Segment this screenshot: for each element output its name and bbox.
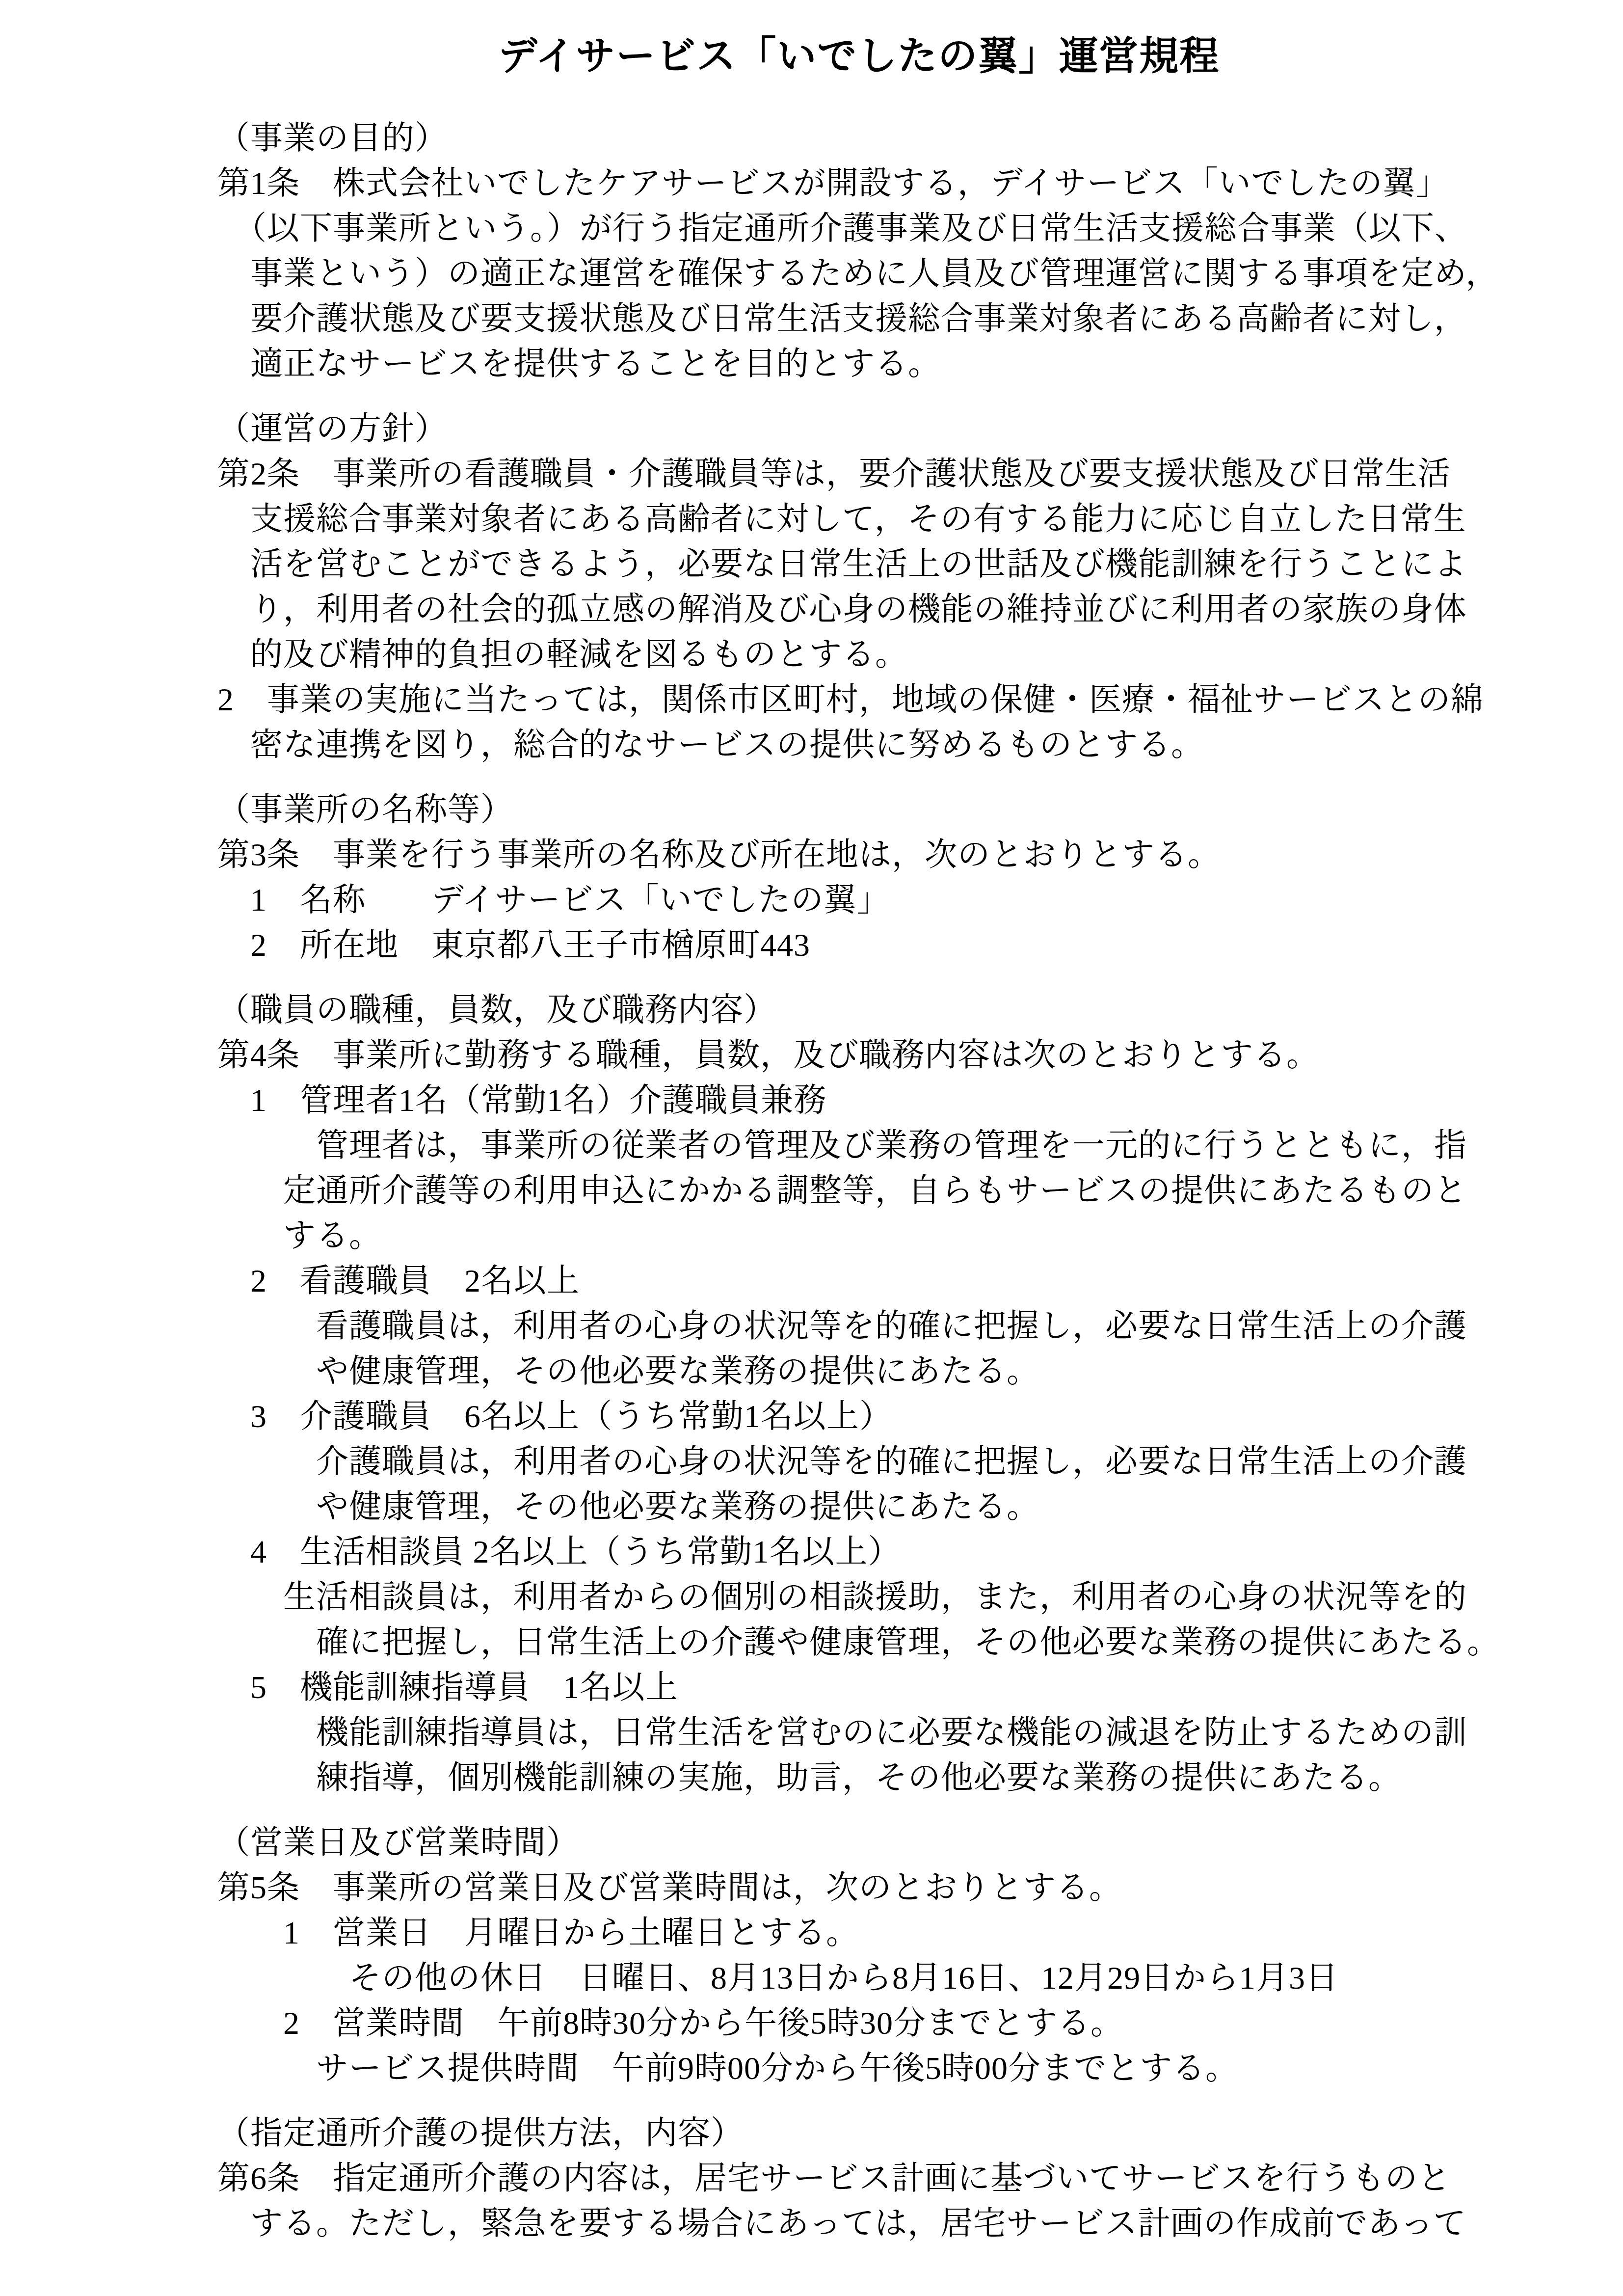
document-section: （運営の方針）第2条 事業所の看護職員・介護職員等は，要介護状態及び要支援状態及… — [217, 406, 1500, 768]
document-line: 確に把握し，日常生活上の介護や健康管理，その他必要な業務の提供にあたる。 — [217, 1620, 1500, 1665]
section-heading: （運営の方針） — [217, 406, 1500, 452]
document-line: 的及び精神的負担の軽減を図るものとする。 — [217, 632, 1500, 677]
document-section: （事業所の名称等）第3条 事業を行う事業所の名称及び所在地は，次のとおりとする。… — [217, 787, 1500, 968]
section-heading: （職員の職種，員数，及び職務内容） — [217, 988, 1500, 1033]
document-line: する。ただし，緊急を要する場合にあっては，居宅サービス計画の作成前であって — [217, 2201, 1500, 2246]
document-line: 5 機能訓練指導員 1名以上 — [217, 1665, 1500, 1710]
document-section: （営業日及び営業時間）第5条 事業所の営業日及び営業時間は，次のとおりとする。 … — [217, 1820, 1500, 2091]
document-line: 練指導，個別機能訓練の実施，助言，その他必要な業務の提供にあたる。 — [217, 1756, 1500, 1801]
document-section: （事業の目的）第1条 株式会社いでしたケアサービスが開設する，デイサービス「いで… — [217, 116, 1500, 387]
section-heading: （営業日及び営業時間） — [217, 1820, 1500, 1865]
document-line: 第2条 事業所の看護職員・介護職員等は，要介護状態及び要支援状態及び日常生活 — [217, 452, 1500, 497]
document-line: 適正なサービスを提供することを目的とする。 — [217, 342, 1500, 387]
document-line: 生活相談員は，利用者からの個別の相談援助，また，利用者の心身の状況等を的 — [217, 1575, 1500, 1620]
document-line: 要介護状態及び要支援状態及び日常生活支援総合事業対象者にある高齢者に対し， — [217, 297, 1500, 342]
section-heading: （事業の目的） — [217, 116, 1500, 161]
document-line: 第1条 株式会社いでしたケアサービスが開設する，デイサービス「いでしたの翼」 — [217, 161, 1500, 206]
document-line: 管理者は，事業所の従業者の管理及び業務の管理を一元的に行うとともに，指 — [217, 1123, 1500, 1168]
document-page: デイサービス「いでしたの翼」運営規程 （事業の目的）第1条 株式会社いでしたケア… — [0, 0, 1623, 2296]
document-line: 2 営業時間 午前8時30分から午後5時30分までとする。 — [217, 2001, 1500, 2046]
document-line: 看護職員は，利用者の心身の状況等を的確に把握し，必要な日常生活上の介護 — [217, 1304, 1500, 1349]
document-line: 第5条 事業所の営業日及び営業時間は，次のとおりとする。 — [217, 1865, 1500, 1911]
section-heading: （事業所の名称等） — [217, 787, 1500, 833]
document-line: 2 看護職員 2名以上 — [217, 1259, 1500, 1304]
document-line: り，利用者の社会的孤立感の解消及び心身の機能の維持並びに利用者の家族の身体 — [217, 587, 1500, 632]
document-section: （職員の職種，員数，及び職務内容）第4条 事業所に勤務する職種，員数，及び職務内… — [217, 988, 1500, 1801]
document-line: 1 名称 デイサービス「いでしたの翼」 — [217, 878, 1500, 923]
document-line: する。 — [217, 1214, 1500, 1259]
document-line: 定通所介護等の利用申込にかかる調整等，自らもサービスの提供にあたるものと — [217, 1168, 1500, 1214]
document-title: デイサービス「いでしたの翼」運営規程 — [217, 28, 1500, 83]
document-body: （事業の目的）第1条 株式会社いでしたケアサービスが開設する，デイサービス「いで… — [217, 116, 1500, 2246]
document-line: 密な連携を図り，総合的なサービスの提供に努めるものとする。 — [217, 723, 1500, 768]
document-section: （指定通所介護の提供方法，内容）第6条 指定通所介護の内容は，居宅サービス計画に… — [217, 2111, 1500, 2246]
document-line: 支援総合事業対象者にある高齢者に対して，その有する能力に応じ自立した日常生 — [217, 497, 1500, 542]
document-line: その他の休日 日曜日、8月13日から8月16日、12月29日から1月3日 — [217, 1956, 1500, 2001]
document-line: 第4条 事業所に勤務する職種，員数，及び職務内容は次のとおりとする。 — [217, 1033, 1500, 1078]
document-line: 2 所在地 東京都八王子市楢原町443 — [217, 923, 1500, 968]
section-heading: （指定通所介護の提供方法，内容） — [217, 2111, 1500, 2156]
document-line: 介護職員は，利用者の心身の状況等を的確に把握し，必要な日常生活上の介護 — [217, 1439, 1500, 1485]
document-line: や健康管理，その他必要な業務の提供にあたる。 — [217, 1485, 1500, 1530]
document-line: や健康管理，その他必要な業務の提供にあたる。 — [217, 1349, 1500, 1394]
document-line: サービス提供時間 午前9時00分から午後5時00分までとする。 — [217, 2046, 1500, 2091]
document-line: 3 介護職員 6名以上（うち常勤1名以上） — [217, 1394, 1500, 1439]
document-line: （以下事業所という。）が行う指定通所介護事業及び日常生活支援総合事業（以下、 — [217, 206, 1500, 251]
document-line: 活を営むことができるよう，必要な日常生活上の世話及び機能訓練を行うことによ — [217, 542, 1500, 587]
document-line: 4 生活相談員 2名以上（うち常勤1名以上） — [217, 1530, 1500, 1575]
document-line: 2 事業の実施に当たっては，関係市区町村，地域の保健・医療・福祉サービスとの綿 — [217, 677, 1500, 723]
document-line: 事業という）の適正な運営を確保するために人員及び管理運営に関する事項を定め， — [217, 251, 1500, 297]
document-line: 第6条 指定通所介護の内容は，居宅サービス計画に基づいてサービスを行うものと — [217, 2156, 1500, 2201]
document-line: 機能訓練指導員は，日常生活を営むのに必要な機能の減退を防止するための訓 — [217, 1710, 1500, 1756]
document-line: 1 管理者1名（常勤1名）介護職員兼務 — [217, 1078, 1500, 1123]
document-line: 第3条 事業を行う事業所の名称及び所在地は，次のとおりとする。 — [217, 833, 1500, 878]
document-line: 1 営業日 月曜日から土曜日とする。 — [217, 1911, 1500, 1956]
